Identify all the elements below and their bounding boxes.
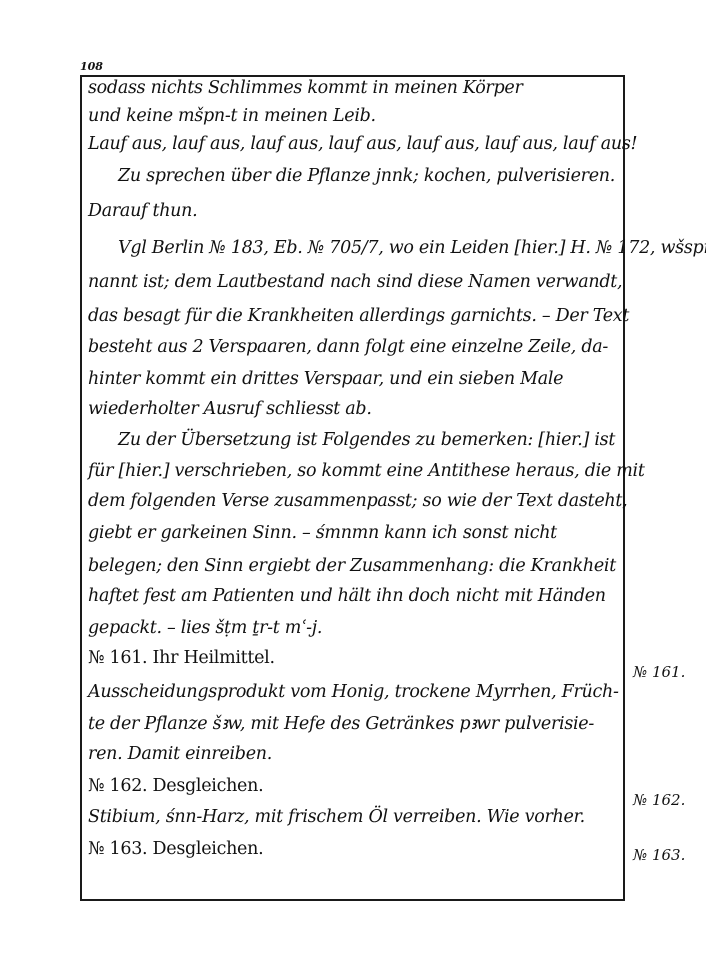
text-line: für [hier.] verschrieben, so kommt eine … [88, 461, 645, 481]
text-line: und keine mšpn-t in meinen Leib. [88, 106, 376, 126]
margin-entry-number: № 161. [633, 663, 685, 681]
text-line: wiederholter Ausruf schliesst ab. [88, 399, 372, 419]
text-line: Vgl Berlin № 183, Eb. № 705/7, wo ein Le… [118, 238, 706, 258]
text-line: belegen; den Sinn ergiebt der Zusammenha… [88, 556, 616, 576]
text-line: gepackt. – lies šṭm ṯr-t mʿ-j. [88, 618, 322, 638]
text-line: te der Pflanze šꜣw, mit Hefe des Getränk… [88, 714, 594, 734]
text-line: ren. Damit einreiben. [88, 744, 272, 764]
text-box: sodass nichts Schlimmes kommt in meinen … [80, 75, 625, 901]
text-line: giebt er garkeinen Sinn. – śmnmn kann ic… [88, 523, 557, 543]
margin-entry-number: № 163. [633, 846, 685, 864]
text-line: haftet fest am Patienten und hält ihn do… [88, 586, 606, 606]
page-number: 108 [80, 60, 103, 73]
margin-entry-number: № 162. [633, 791, 685, 809]
text-line: Darauf thun. [88, 201, 197, 221]
text-line: Zu sprechen über die Pflanze jnnk; koche… [118, 166, 615, 186]
entry-heading: № 162. Desgleichen. [88, 776, 263, 796]
text-line: besteht aus 2 Verspaaren, dann folgt ein… [88, 337, 608, 357]
text-line: das besagt für die Krankheiten allerding… [88, 306, 629, 326]
text-line: Ausscheidungsprodukt vom Honig, trockene… [88, 682, 619, 702]
text-line: Stibium, śnn-Harz, mit frischem Öl verre… [88, 807, 585, 827]
text-line: nannt ist; dem Lautbestand nach sind die… [88, 272, 622, 292]
text-line: sodass nichts Schlimmes kommt in meinen … [88, 78, 523, 98]
text-line: Lauf aus, lauf aus, lauf aus, lauf aus, … [88, 134, 637, 154]
entry-heading: № 161. Ihr Heilmittel. [88, 648, 275, 668]
text-line: dem folgenden Verse zusammenpasst; so wi… [88, 491, 627, 511]
text-line: hinter kommt ein drittes Verspaar, und e… [88, 369, 563, 389]
entry-heading: № 163. Desgleichen. [88, 839, 263, 859]
text-line: Zu der Übersetzung ist Folgendes zu beme… [118, 430, 615, 450]
